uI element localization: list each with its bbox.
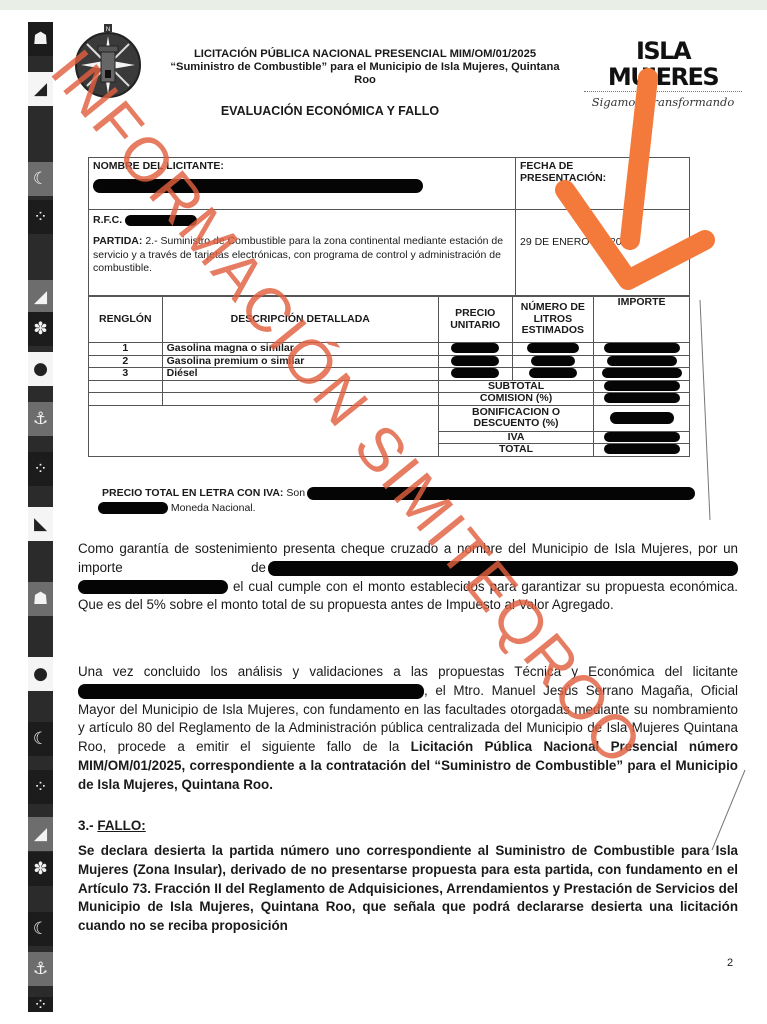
partida-label: PARTIDA: — [93, 235, 142, 247]
partida-text: 2.- Suministro de Combustible para la zo… — [93, 235, 503, 274]
bird-icon: ◣ — [28, 507, 53, 541]
redacted-commission — [604, 393, 680, 403]
dice-icon: ⁘ — [28, 200, 53, 234]
bidder-name-label: NOMBRE DEL LICITANTE: — [93, 160, 511, 172]
brand-logo: ISLA MUJERES Sigamos Transformando — [578, 38, 748, 109]
fallo-paragraph: Se declara desierta la partida número un… — [78, 842, 738, 936]
table-row: 2 Gasolina premium o similar — [89, 355, 690, 368]
commission-label: COMISION (%) — [438, 393, 593, 406]
redacted-amount — [604, 343, 680, 353]
row-number: 2 — [89, 355, 163, 368]
bird-icon: ● — [28, 657, 53, 691]
redacted-guarantee-amount — [268, 561, 738, 576]
row-number: 3 — [89, 368, 163, 381]
date-value-cell: 29 DE ENERO DE 2025 — [516, 210, 690, 296]
fallo-heading-text: FALLO: — [97, 818, 145, 833]
section-title: EVALUACIÓN ECONÓMICA Y FALLO — [150, 104, 510, 118]
total-label: TOTAL — [438, 444, 593, 457]
mermaid-icon: ☾ — [28, 912, 53, 946]
col-litros: NÚMERO DE LITROS ESTIMADOS — [512, 297, 594, 343]
redacted-amount — [607, 356, 677, 366]
tiki-icon: ☗ — [28, 22, 53, 56]
redacted-bidder-name-body — [78, 684, 424, 699]
dice-icon: ⁘ — [28, 997, 53, 1012]
tender-subtitle: “Suministro de Combustible” para el Muni… — [150, 61, 580, 74]
shark-fin-icon: ◢ — [28, 72, 53, 106]
guarantee-paragraph: Como garantía de sostenimiento presenta … — [78, 540, 738, 615]
rfc-label: R.F.C. — [93, 214, 122, 226]
col-importe: IMPORTE — [594, 297, 690, 343]
date-label-cell: FECHA DE PRESENTACIÓN: — [516, 158, 690, 210]
table-row: 3 Diésel — [89, 368, 690, 381]
discount-label: BONIFICACION O DESCUENTO (%) — [438, 405, 593, 431]
brand-divider — [584, 91, 742, 93]
mermaid-icon: ☾ — [28, 162, 53, 196]
date-value: 29 DE ENERO DE 2025 — [520, 236, 685, 248]
redacted-guarantee-amount-cont — [78, 580, 228, 594]
price-in-words: PRECIO TOTAL EN LETRA CON IVA: Son Moned… — [102, 486, 722, 516]
bidder-info-table: NOMBRE DEL LICITANTE: FECHA DE PRESENTAC… — [88, 157, 690, 296]
palm-tree-icon: ✽ — [28, 852, 53, 886]
dice-icon: ⁘ — [28, 452, 53, 486]
tender-subtitle-cont: Roo — [150, 74, 580, 87]
redacted-price-words — [307, 487, 695, 500]
bird-icon: ● — [28, 352, 53, 386]
bidder-name-cell: NOMBRE DEL LICITANTE: — [89, 158, 516, 210]
subtotal-label: SUBTOTAL — [438, 380, 593, 393]
anchor-icon: ⚓ — [28, 402, 53, 436]
commission-row: COMISION (%) — [89, 393, 690, 406]
row-description: Gasolina magna o similar — [162, 343, 438, 356]
document-header: LICITACIÓN PÚBLICA NACIONAL PRESENCIAL M… — [150, 48, 580, 87]
dice-icon: ⁘ — [28, 770, 53, 804]
tiki-icon: ☗ — [28, 582, 53, 616]
tender-title: LICITACIÓN PÚBLICA NACIONAL PRESENCIAL M… — [150, 48, 580, 61]
discount-row: BONIFICACION O DESCUENTO (%) — [89, 405, 690, 431]
brand-slogan: Sigamos Transformando — [578, 95, 748, 109]
redacted-liters — [527, 343, 579, 353]
redacted-price — [451, 343, 499, 353]
fallo-heading: 3.- FALLO: — [78, 818, 146, 833]
col-precio: PRECIO UNITARIO — [438, 297, 512, 343]
redacted-liters — [529, 368, 577, 378]
table-row: 1 Gasolina magna o similar — [89, 343, 690, 356]
price-words-prefix: Son — [286, 487, 305, 499]
iva-label: IVA — [438, 431, 593, 444]
analysis-paragraph: Una vez concluido los análisis y validac… — [78, 663, 738, 795]
row-description: Diésel — [162, 368, 438, 381]
col-renglon: RENGLÓN — [89, 297, 163, 343]
date-label: FECHA DE — [520, 160, 685, 172]
price-words-label: PRECIO TOTAL EN LETRA CON IVA: — [102, 487, 283, 499]
row-number: 1 — [89, 343, 163, 356]
redacted-price — [451, 356, 499, 366]
redacted-total — [604, 444, 680, 454]
page-number: 2 — [727, 957, 733, 969]
partida-cell: R.F.C. PARTIDA: 2.- Suministro de Combus… — [89, 210, 516, 296]
decorative-left-strip: ☗ ◢ ☾ ⁘ ◢ ✽ ● ⚓ ⁘ ◣ ☗ ● ☾ ⁘ ◢ ✽ ☾ ⚓ ⁘ — [28, 22, 53, 1012]
palm-tree-icon: ✽ — [28, 312, 53, 346]
redacted-bidder-name — [93, 179, 423, 193]
municipal-seal-icon: N — [73, 24, 143, 100]
subtotal-row: SUBTOTAL — [89, 380, 690, 393]
shark-fin-icon: ◢ — [28, 280, 53, 314]
redacted-discount — [610, 412, 674, 424]
date-label-cont: PRESENTACIÓN: — [520, 172, 685, 184]
redacted-amount — [602, 368, 682, 378]
shark-fin-icon: ◢ — [28, 817, 53, 851]
redacted-liters — [531, 356, 575, 366]
fallo-number: 3.- — [78, 818, 94, 833]
economic-items-table: RENGLÓN DESCRIPCIÓN DETALLADA PRECIO UNI… — [88, 296, 690, 457]
col-descripcion: DESCRIPCIÓN DETALLADA — [162, 297, 438, 343]
redacted-price-words-cont — [98, 502, 168, 514]
viewer-top-bar — [0, 0, 767, 10]
table-header-row: RENGLÓN DESCRIPCIÓN DETALLADA PRECIO UNI… — [89, 297, 690, 343]
redacted-iva — [604, 432, 680, 442]
row-description: Gasolina premium o similar — [162, 355, 438, 368]
mermaid-icon: ☾ — [28, 722, 53, 756]
price-words-suffix: Moneda Nacional. — [171, 502, 256, 514]
anchor-icon: ⚓ — [28, 952, 53, 986]
redacted-subtotal — [604, 381, 680, 391]
redacted-rfc — [125, 215, 197, 226]
brand-name: ISLA MUJERES — [578, 38, 748, 90]
redacted-price — [451, 368, 499, 378]
analysis-text: Una vez concluido los análisis y validac… — [78, 664, 738, 679]
